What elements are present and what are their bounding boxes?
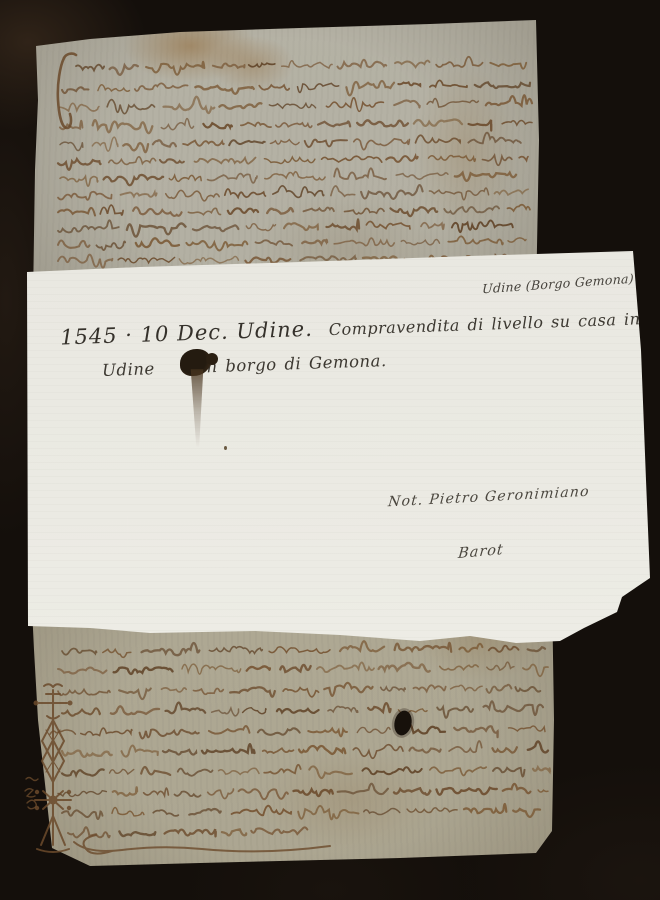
date-text: 1545 · 10 Dec. Udine. <box>60 317 313 350</box>
corner-annotation: Udine (Borgo Gemona) <box>482 271 634 297</box>
notary-signature: Not. Pietro Geronimiano <box>387 484 590 511</box>
subject-line2: Udine in borgo di Gemona. <box>102 351 387 380</box>
date-heading-line: 1545 · 10 Dec. Udine. Compravendita di l… <box>60 302 660 349</box>
notary-sign-icon <box>35 684 72 852</box>
photo-stage: Udine (Borgo Gemona) 1545 · 10 Dec. Udin… <box>0 0 660 900</box>
signature-flourish: Barot <box>457 542 504 562</box>
subject-line1: Compravendita di livello su casa in borg… <box>328 306 660 339</box>
subject-line2-start: Udine <box>102 359 155 380</box>
closing-flourish <box>74 835 330 854</box>
subject-line2-end: in borgo di Gemona. <box>200 351 387 376</box>
paper-speck <box>224 446 227 450</box>
ink-smear <box>188 369 206 447</box>
